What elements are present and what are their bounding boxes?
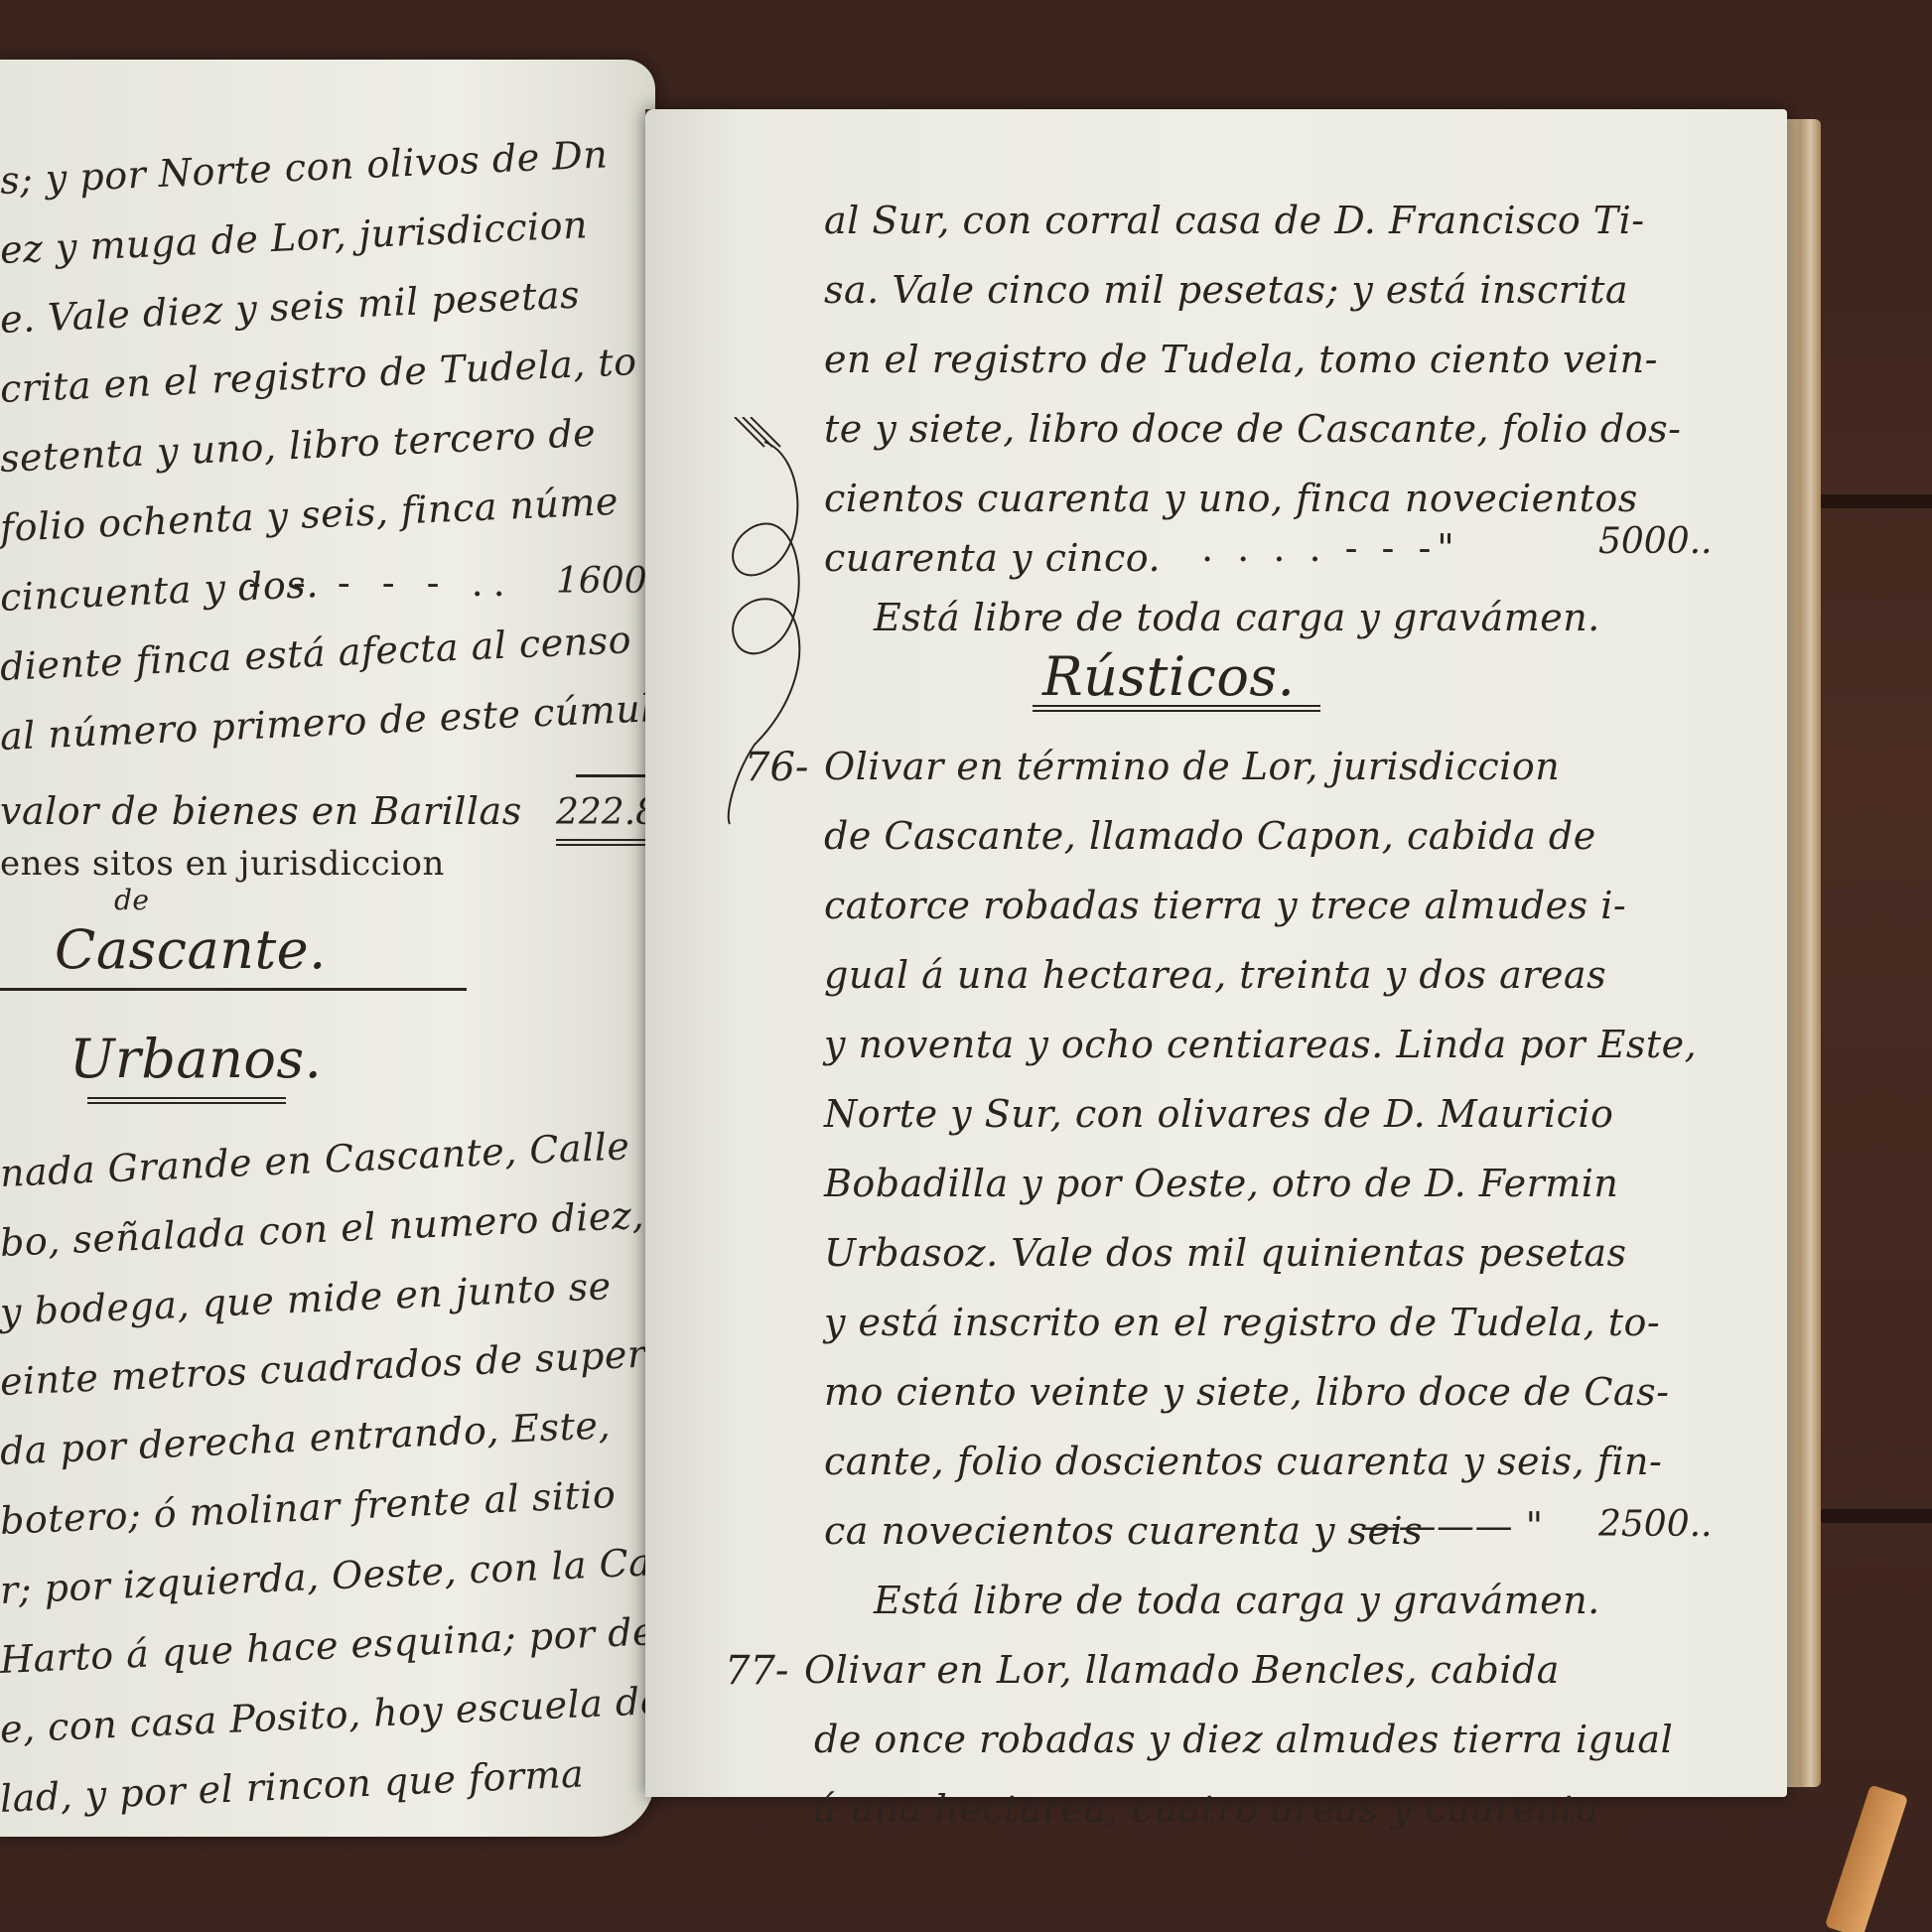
right-page: al Sur, con corral casa de D. Francisco …: [645, 109, 1787, 1797]
text-line: sa. Vale cinco mil pesetas; y está inscr…: [824, 268, 1628, 312]
sum-rule: [576, 774, 655, 777]
section-rule: [0, 988, 467, 991]
total-label: valor de bienes en Barillas: [0, 789, 522, 833]
text-line: de Cascante, llamado Capon, cabida de: [824, 814, 1596, 858]
amount-value: 2500..: [1598, 1504, 1713, 1545]
text-line: Harto á que hace esquina; por de: [0, 1609, 656, 1682]
text-line: r; por izquierda, Oeste, con la Calle: [0, 1538, 700, 1612]
free-of-charges-note: Está libre de toda carga y gravámen.: [874, 596, 1600, 639]
subsection-heading: Urbanos.: [69, 1028, 322, 1090]
subsection-underline: [1033, 705, 1320, 707]
text-line: e, con casa Posito, hoy escuela de: [0, 1679, 664, 1751]
text-line: ez y muga de Lor, jurisdiccion: [0, 203, 589, 272]
text-line: en el registro de Tudela, tomo ciento ve…: [824, 338, 1658, 381]
text-line: catorce robadas tierra y trece almudes i…: [824, 884, 1626, 927]
text-line: crita en el registro de Tudela, to: [0, 340, 637, 411]
margin-flourish-icon: [715, 417, 834, 834]
bookmark-ribbon: [1825, 1784, 1908, 1932]
text-line: á una hectarea, cuatro areas y cuarenta: [814, 1787, 1599, 1831]
text-line: einte metros cuadrados de super-: [0, 1331, 660, 1404]
leader-dots: - - - - - ..: [248, 561, 515, 605]
text-line: y bodega, que mide en junto se: [0, 1264, 613, 1334]
text-line: botero; ó molinar frente al sitio: [0, 1472, 617, 1543]
text-line: Urbasoz. Vale dos mil quinientas pesetas: [824, 1231, 1627, 1275]
text-line: y noventa y ocho centiareas. Linda por E…: [824, 1023, 1697, 1066]
text-line: bo, señalada con el numero diez,: [0, 1193, 645, 1265]
left-page: s; y por Norte con olivos de Dn ez y mug…: [0, 60, 655, 1837]
text-line: te y siete, libro doce de Cascante, foli…: [824, 407, 1681, 451]
amount-value: 5000..: [1598, 521, 1713, 562]
text-line: diente finca está afecta al censo que: [0, 615, 717, 689]
text-line: Norte y Sur, con olivares de D. Mauricio: [824, 1092, 1613, 1136]
text-line: al Sur, con corral casa de D. Francisco …: [824, 199, 1645, 242]
text-line: Olivar en término de Lor, jurisdiccion: [824, 745, 1560, 788]
text-line: cante, folio doscientos cuarenta y seis,…: [824, 1440, 1662, 1483]
text-line: Bobadilla y por Oeste, otro de D. Fermin: [824, 1162, 1618, 1205]
text-line: cientos cuarenta y uno, finca noveciento…: [824, 477, 1638, 520]
text-line: y está inscrito en el registro de Tudela…: [824, 1301, 1660, 1344]
page-edges: [1787, 119, 1821, 1787]
text-line: nada Grande en Cascante, Calle: [0, 1124, 630, 1195]
leader-line: ———— ": [1360, 1504, 1544, 1548]
text-line: da por derecha entrando, Este,: [0, 1403, 612, 1473]
section-heading: enes sitos en jurisdiccion: [0, 844, 445, 884]
text-line: gual á una hectarea, treinta y dos areas: [824, 953, 1606, 997]
text-line: setenta y uno, libro tercero de: [0, 411, 597, 481]
subsection-underline: [87, 1097, 286, 1099]
text-line: al número primero de este cúmulo": [0, 684, 695, 758]
section-heading-de: de: [114, 884, 150, 916]
text-line: Olivar en Lor, llamado Bencles, cabida: [804, 1648, 1560, 1692]
text-line: cuarenta y cinco.: [824, 536, 1161, 580]
text-line: folio ochenta y seis, finca núme: [0, 480, 620, 550]
place-heading: Cascante.: [55, 918, 327, 981]
text-line: de once robadas y diez almudes tierra ig…: [814, 1718, 1673, 1761]
text-line: ca novecientos cuarenta y seis: [824, 1509, 1423, 1553]
leader-dots: . . . . - - -": [1201, 526, 1460, 570]
free-of-charges-note: Está libre de toda carga y gravámen.: [874, 1579, 1600, 1622]
text-line: e. Vale diez y seis mil pesetas: [0, 273, 581, 342]
text-line: lad, y por el rincon que forma: [0, 1751, 585, 1821]
text-line: s; y por Norte con olivos de Dn: [0, 132, 609, 203]
total-double-rule: [556, 839, 655, 841]
subsection-heading: Rústicos.: [1042, 645, 1295, 708]
entry-number-77: 77-: [725, 1648, 788, 1694]
text-line: mo ciento veinte y siete, libro doce de …: [824, 1370, 1669, 1414]
